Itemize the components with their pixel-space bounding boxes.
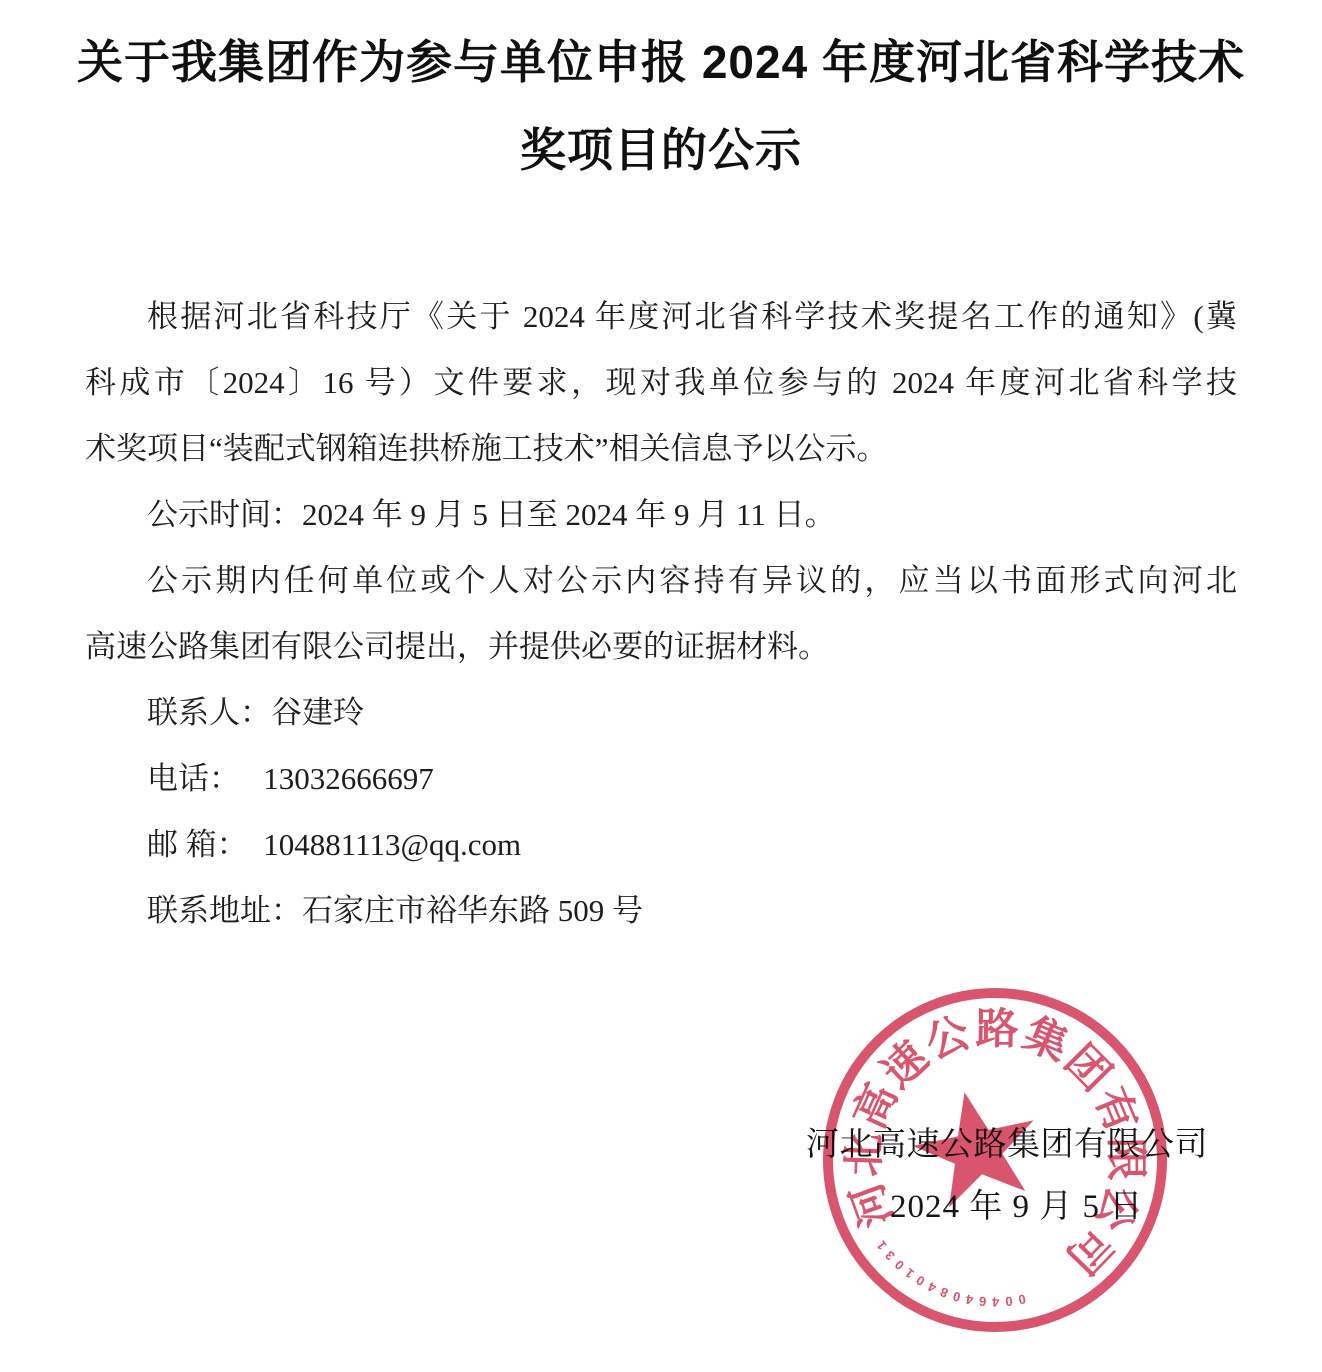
body-line: 电话： 13032666697 (85, 746, 1237, 812)
body-line: 科成市〔2024〕16 号）文件要求，现对我单位参与的 2024 年度河北省科学… (85, 350, 1237, 416)
body-line: 高速公路集团有限公司提出，并提供必要的证据材料。 (85, 614, 1237, 680)
body-line: 联系人：谷建玲 (85, 680, 1237, 746)
body-line: 公示时间：2024 年 9 月 5 日至 2024 年 9 月 11 日。 (85, 482, 1237, 548)
body-line: 联系地址：石家庄市裕华东路 509 号 (85, 878, 1237, 944)
document-title-line1: 关于我集团作为参与单位申报 2024 年度河北省科学技术 (0, 32, 1322, 92)
seal-char: 路 (975, 995, 1019, 1057)
seal-digit: 4 (992, 1294, 999, 1309)
body-line: 术奖项目“装配式钢箱连拱桥施工技术”相关信息予以公示。 (85, 416, 1237, 482)
body-line: 邮 箱： 104881113@qq.com (85, 812, 1237, 878)
seal-digit: 6 (978, 1294, 987, 1310)
document-title: 关于我集团作为参与单位申报 2024 年度河北省科学技术 奖项目的公示 (0, 32, 1322, 180)
body-line: 公示期内任何单位或个人对公示内容持有异议的，应当以书面形式向河北 (85, 548, 1237, 614)
body-line: 根据河北省科技厅《关于 2024 年度河北省科学技术奖提名工作的通知》(冀 (85, 284, 1237, 350)
document-title-line2: 奖项目的公示 (0, 120, 1322, 180)
document-page: 关于我集团作为参与单位申报 2024 年度河北省科学技术 奖项目的公示 根据河北… (0, 0, 1322, 1372)
document-body: 根据河北省科技厅《关于 2024 年度河北省科学技术奖提名工作的通知》(冀 科成… (85, 284, 1237, 944)
seal-char: 限 (1098, 1137, 1159, 1180)
company-seal: 河北高速公路集团有限公司 1301048046400 (823, 988, 1167, 1332)
seal-digit: 0 (1005, 1293, 1014, 1309)
seal-char: 北 (830, 1132, 893, 1177)
